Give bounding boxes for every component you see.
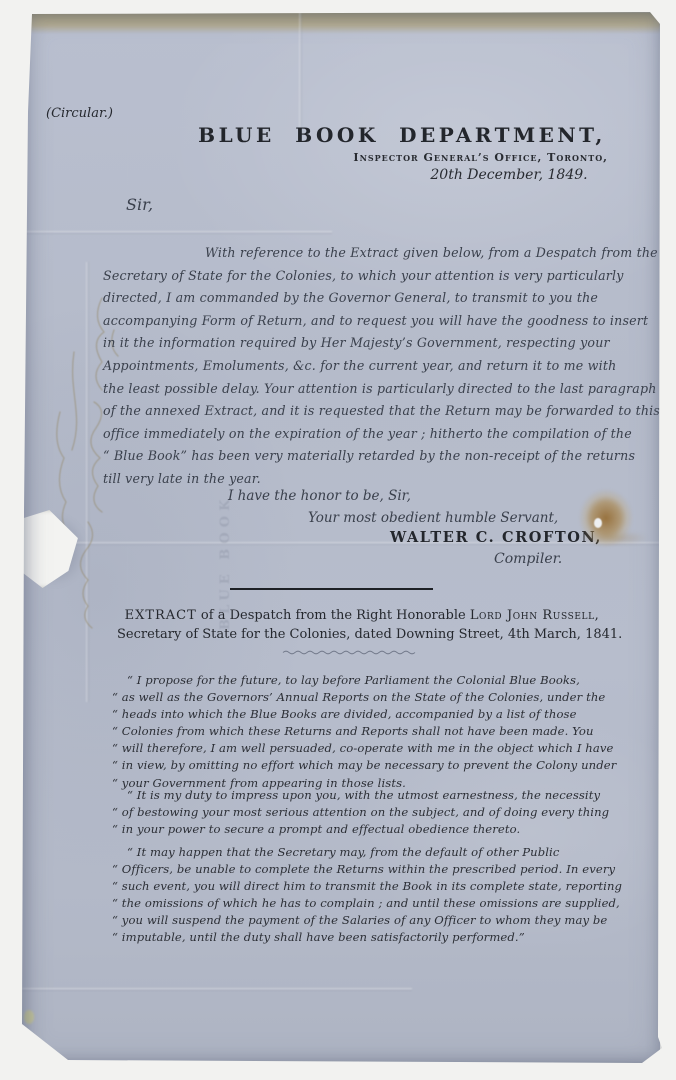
extract-line: “ It may happen that the Secretary may, … xyxy=(112,844,572,861)
extract-line: “ in your power to secure a prompt and e… xyxy=(112,821,572,838)
extract-paragraph-2: “ It is my duty to impress upon you, wit… xyxy=(112,787,572,838)
section-rule xyxy=(230,588,433,590)
crease-vertical-top xyxy=(299,12,302,137)
extract-line: “ Officers, be unable to complete the Re… xyxy=(112,861,572,878)
extract-line: “ of bestowing your most serious attenti… xyxy=(112,804,572,821)
extract-heading-line2: Secretary of State for the Colonies, dat… xyxy=(117,627,622,642)
crease-horizontal-lower xyxy=(22,988,412,991)
body-line: in it the information required by Her Ma… xyxy=(103,332,573,355)
body-line: Secretary of State for the Colonies, to … xyxy=(103,265,573,288)
extract-heading-word: EXTRACT xyxy=(125,608,197,623)
date-line: 20th December, 1849. xyxy=(409,167,609,183)
wavy-divider xyxy=(282,649,420,655)
signature-name: WALTER C. CROFTON, xyxy=(390,529,602,546)
closing-line-1: I have the honor to be, Sir, xyxy=(228,488,411,504)
scan-background: BLUE BOOK (Circular.) BLUE BOOK DEPARTME… xyxy=(0,0,676,1080)
extract-heading: EXTRACT of a Despatch from the Right Hon… xyxy=(117,606,607,644)
top-edge-discoloration xyxy=(22,12,660,34)
body-line: Appointments, Emoluments, &c. for the cu… xyxy=(103,355,573,378)
body-paragraph: With reference to the Extract given belo… xyxy=(103,242,573,491)
yellow-spot xyxy=(24,1010,34,1024)
extract-line: “ It is my duty to impress upon you, wit… xyxy=(112,787,572,804)
stain-tail xyxy=(574,530,652,546)
body-line: the least possible delay. Your attention… xyxy=(103,378,573,401)
extract-line: “ you will suspend the payment of the Sa… xyxy=(112,912,572,929)
body-line: “ Blue Book” has been very materially re… xyxy=(103,445,573,468)
extract-heading-name: Lord John Russell, xyxy=(470,608,600,623)
extract-line: “ the omissions of which he has to compl… xyxy=(112,895,572,912)
extract-line: “ Colonies from which these Returns and … xyxy=(112,723,572,740)
body-line: directed, I am commanded by the Governor… xyxy=(103,287,573,310)
extract-line: “ imputable, until the duty shall have b… xyxy=(112,929,572,946)
office-line: Inspector General’s Office, Toronto, xyxy=(302,151,608,164)
paper-sheet: BLUE BOOK (Circular.) BLUE BOOK DEPARTME… xyxy=(22,12,660,1064)
body-line: accompanying Form of Return, and to requ… xyxy=(103,310,573,333)
closing-line-2: Your most obedient humble Servant, xyxy=(308,510,558,526)
extract-line: “ as well as the Governors’ Annual Repor… xyxy=(112,689,572,706)
circular-label: (Circular.) xyxy=(46,106,113,121)
signature-title: Compiler. xyxy=(494,551,562,567)
department-title: BLUE BOOK DEPARTMENT, xyxy=(112,123,676,147)
extract-heading-mid: of a Despatch from the Right Honorable xyxy=(197,608,470,623)
body-line: of the annexed Extract, and it is reques… xyxy=(103,400,573,423)
extract-paragraph-3: “ It may happen that the Secretary may, … xyxy=(112,844,572,947)
extract-paragraph-1: “ I propose for the future, to lay befor… xyxy=(112,672,572,792)
stain-speck xyxy=(594,518,602,528)
extract-line: “ I propose for the future, to lay befor… xyxy=(112,672,572,689)
extract-line: “ will therefore, I am well persuaded, c… xyxy=(112,740,572,757)
body-line: With reference to the Extract given belo… xyxy=(103,242,573,265)
extract-line: “ in view, by omitting no effort which m… xyxy=(112,757,572,774)
extract-line: “ such event, you will direct him to tra… xyxy=(112,878,572,895)
crease-horizontal-upper xyxy=(22,231,332,234)
extract-line: “ heads into which the Blue Books are di… xyxy=(112,706,572,723)
body-line: office immediately on the expiration of … xyxy=(103,423,573,446)
salutation: Sir, xyxy=(126,195,153,214)
